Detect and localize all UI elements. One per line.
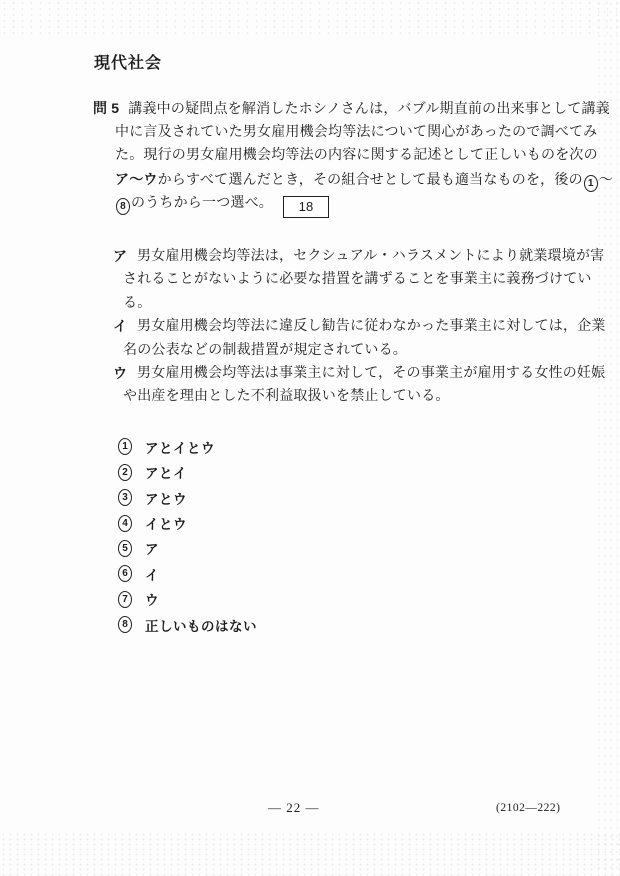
stem-line-4-tail: ～ bbox=[599, 173, 613, 188]
subject-title: 現代社会 bbox=[94, 50, 162, 73]
option-row-3: 3 アとウ bbox=[118, 485, 257, 510]
exam-page: 現代社会 問 5講義中の疑問点を解消したホシノさんは，バブル期直前の出来事として… bbox=[0, 0, 620, 876]
statement-u: ウ 男女雇用機会均等法は事業主に対して，その事業主が雇用する女性の妊娠 や出産を… bbox=[113, 362, 615, 409]
option-row-5: 5 ア bbox=[118, 536, 257, 561]
statement-u-label: ウ bbox=[113, 362, 127, 385]
stem-line-4-text: からすべて選んだとき，その組合せとして最も適当なものを，後の bbox=[158, 173, 583, 188]
option-label: イ bbox=[145, 564, 159, 584]
statement-line: されることがないように必要な措置を講ずることを事業主に義務づけてい bbox=[123, 268, 615, 291]
option-row-4: 4 イとウ bbox=[118, 510, 257, 535]
option-label: ウ bbox=[145, 589, 159, 609]
circled-number-1-icon: 1 bbox=[584, 175, 598, 192]
statement-range-ref: ア～ウ bbox=[115, 171, 158, 187]
statement-a-text: 男女雇用機会均等法は，セクシュアル・ハラスメントにより就業環境が害 されることが… bbox=[123, 245, 615, 315]
stem-line-5: 8のうちから一つ選べ。18 bbox=[115, 192, 615, 218]
statement-line: 男女雇用機会均等法は，セクシュアル・ハラスメントにより就業環境が害 bbox=[123, 245, 615, 268]
circled-number-icon: 2 bbox=[118, 464, 132, 481]
stem-line-4: ア～ウからすべて選んだとき，その組合せとして最も適当なものを，後の1～ bbox=[115, 168, 615, 192]
circled-number-icon: 3 bbox=[118, 489, 132, 506]
option-label: 正しいものはない bbox=[145, 615, 257, 635]
statement-i-label: イ bbox=[113, 315, 127, 338]
statement-i-text: 男女雇用機会均等法に違反し勧告に従わなかった事業主に対しては，企業 名の公表など… bbox=[123, 315, 615, 362]
question-stem: 問 5講義中の疑問点を解消したホシノさんは，バブル期直前の出来事として講義 中に… bbox=[115, 97, 615, 218]
stem-line-3: た。現行の男女雇用機会均等法の内容に関する記述として正しいものを次の bbox=[115, 144, 615, 167]
option-row-2: 2 アとイ bbox=[118, 459, 257, 484]
option-row-1: 1 アとイとウ bbox=[118, 434, 257, 459]
statement-a: ア 男女雇用機会均等法は，セクシュアル・ハラスメントにより就業環境が害 されるこ… bbox=[113, 245, 615, 315]
statement-line: 男女雇用機会均等法は事業主に対して，その事業主が雇用する女性の妊娠 bbox=[123, 362, 615, 385]
option-label: ア bbox=[145, 538, 159, 558]
stem-line-5-text: のうちから一つ選べ。 bbox=[131, 196, 273, 211]
statement-i: イ 男女雇用機会均等法に違反し勧告に従わなかった事業主に対しては，企業 名の公表… bbox=[113, 315, 615, 362]
scan-noise-top bbox=[0, 0, 620, 34]
statement-a-label: ア bbox=[113, 245, 127, 268]
question-number: 問 5 bbox=[93, 100, 119, 116]
option-label: アとウ bbox=[145, 488, 187, 508]
statement-line: や出産を理由とした不利益取扱いを禁止している。 bbox=[123, 385, 615, 408]
circled-number-icon: 1 bbox=[118, 438, 132, 455]
stem-line-1: 問 5講義中の疑問点を解消したホシノさんは，バブル期直前の出来事として講義 bbox=[93, 97, 615, 121]
option-label: イとウ bbox=[145, 513, 187, 533]
circled-number-icon: 7 bbox=[118, 591, 132, 608]
circled-number-icon: 5 bbox=[118, 540, 132, 557]
stem-line-1-text: 講義中の疑問点を解消したホシノさんは，バブル期直前の出来事として講義 bbox=[128, 102, 610, 117]
statement-line: 名の公表などの制裁措置が規定されている。 bbox=[123, 339, 615, 362]
scan-noise-bottom bbox=[0, 832, 620, 876]
circled-number-icon: 4 bbox=[118, 515, 132, 532]
answer-number-box: 18 bbox=[283, 196, 329, 218]
option-label: アとイとウ bbox=[145, 437, 215, 457]
stem-line-2: 中に言及されていた男女雇用機会均等法について関心があったので調べてみ bbox=[115, 121, 615, 144]
circled-number-icon: 6 bbox=[118, 565, 132, 582]
circled-number-icon: 8 bbox=[118, 616, 132, 633]
circled-number-8-icon: 8 bbox=[116, 198, 130, 215]
option-row-7: 7 ウ bbox=[118, 587, 257, 612]
option-row-6: 6 イ bbox=[118, 561, 257, 586]
statement-line: 男女雇用機会均等法に違反し勧告に従わなかった事業主に対しては，企業 bbox=[123, 315, 615, 338]
option-row-8: 8 正しいものはない bbox=[118, 612, 257, 637]
document-code: (2102—222) bbox=[496, 802, 560, 814]
statement-line: る。 bbox=[123, 292, 615, 315]
page-number: — 22 — bbox=[268, 800, 320, 816]
options-list: 1 アとイとウ 2 アとイ 3 アとウ 4 イとウ 5 ア 6 イ 7 ウ 8 bbox=[118, 434, 257, 638]
statements-block: ア 男女雇用機会均等法は，セクシュアル・ハラスメントにより就業環境が害 されるこ… bbox=[113, 245, 615, 409]
statement-u-text: 男女雇用機会均等法は事業主に対して，その事業主が雇用する女性の妊娠 や出産を理由… bbox=[123, 362, 615, 409]
option-label: アとイ bbox=[145, 462, 187, 482]
